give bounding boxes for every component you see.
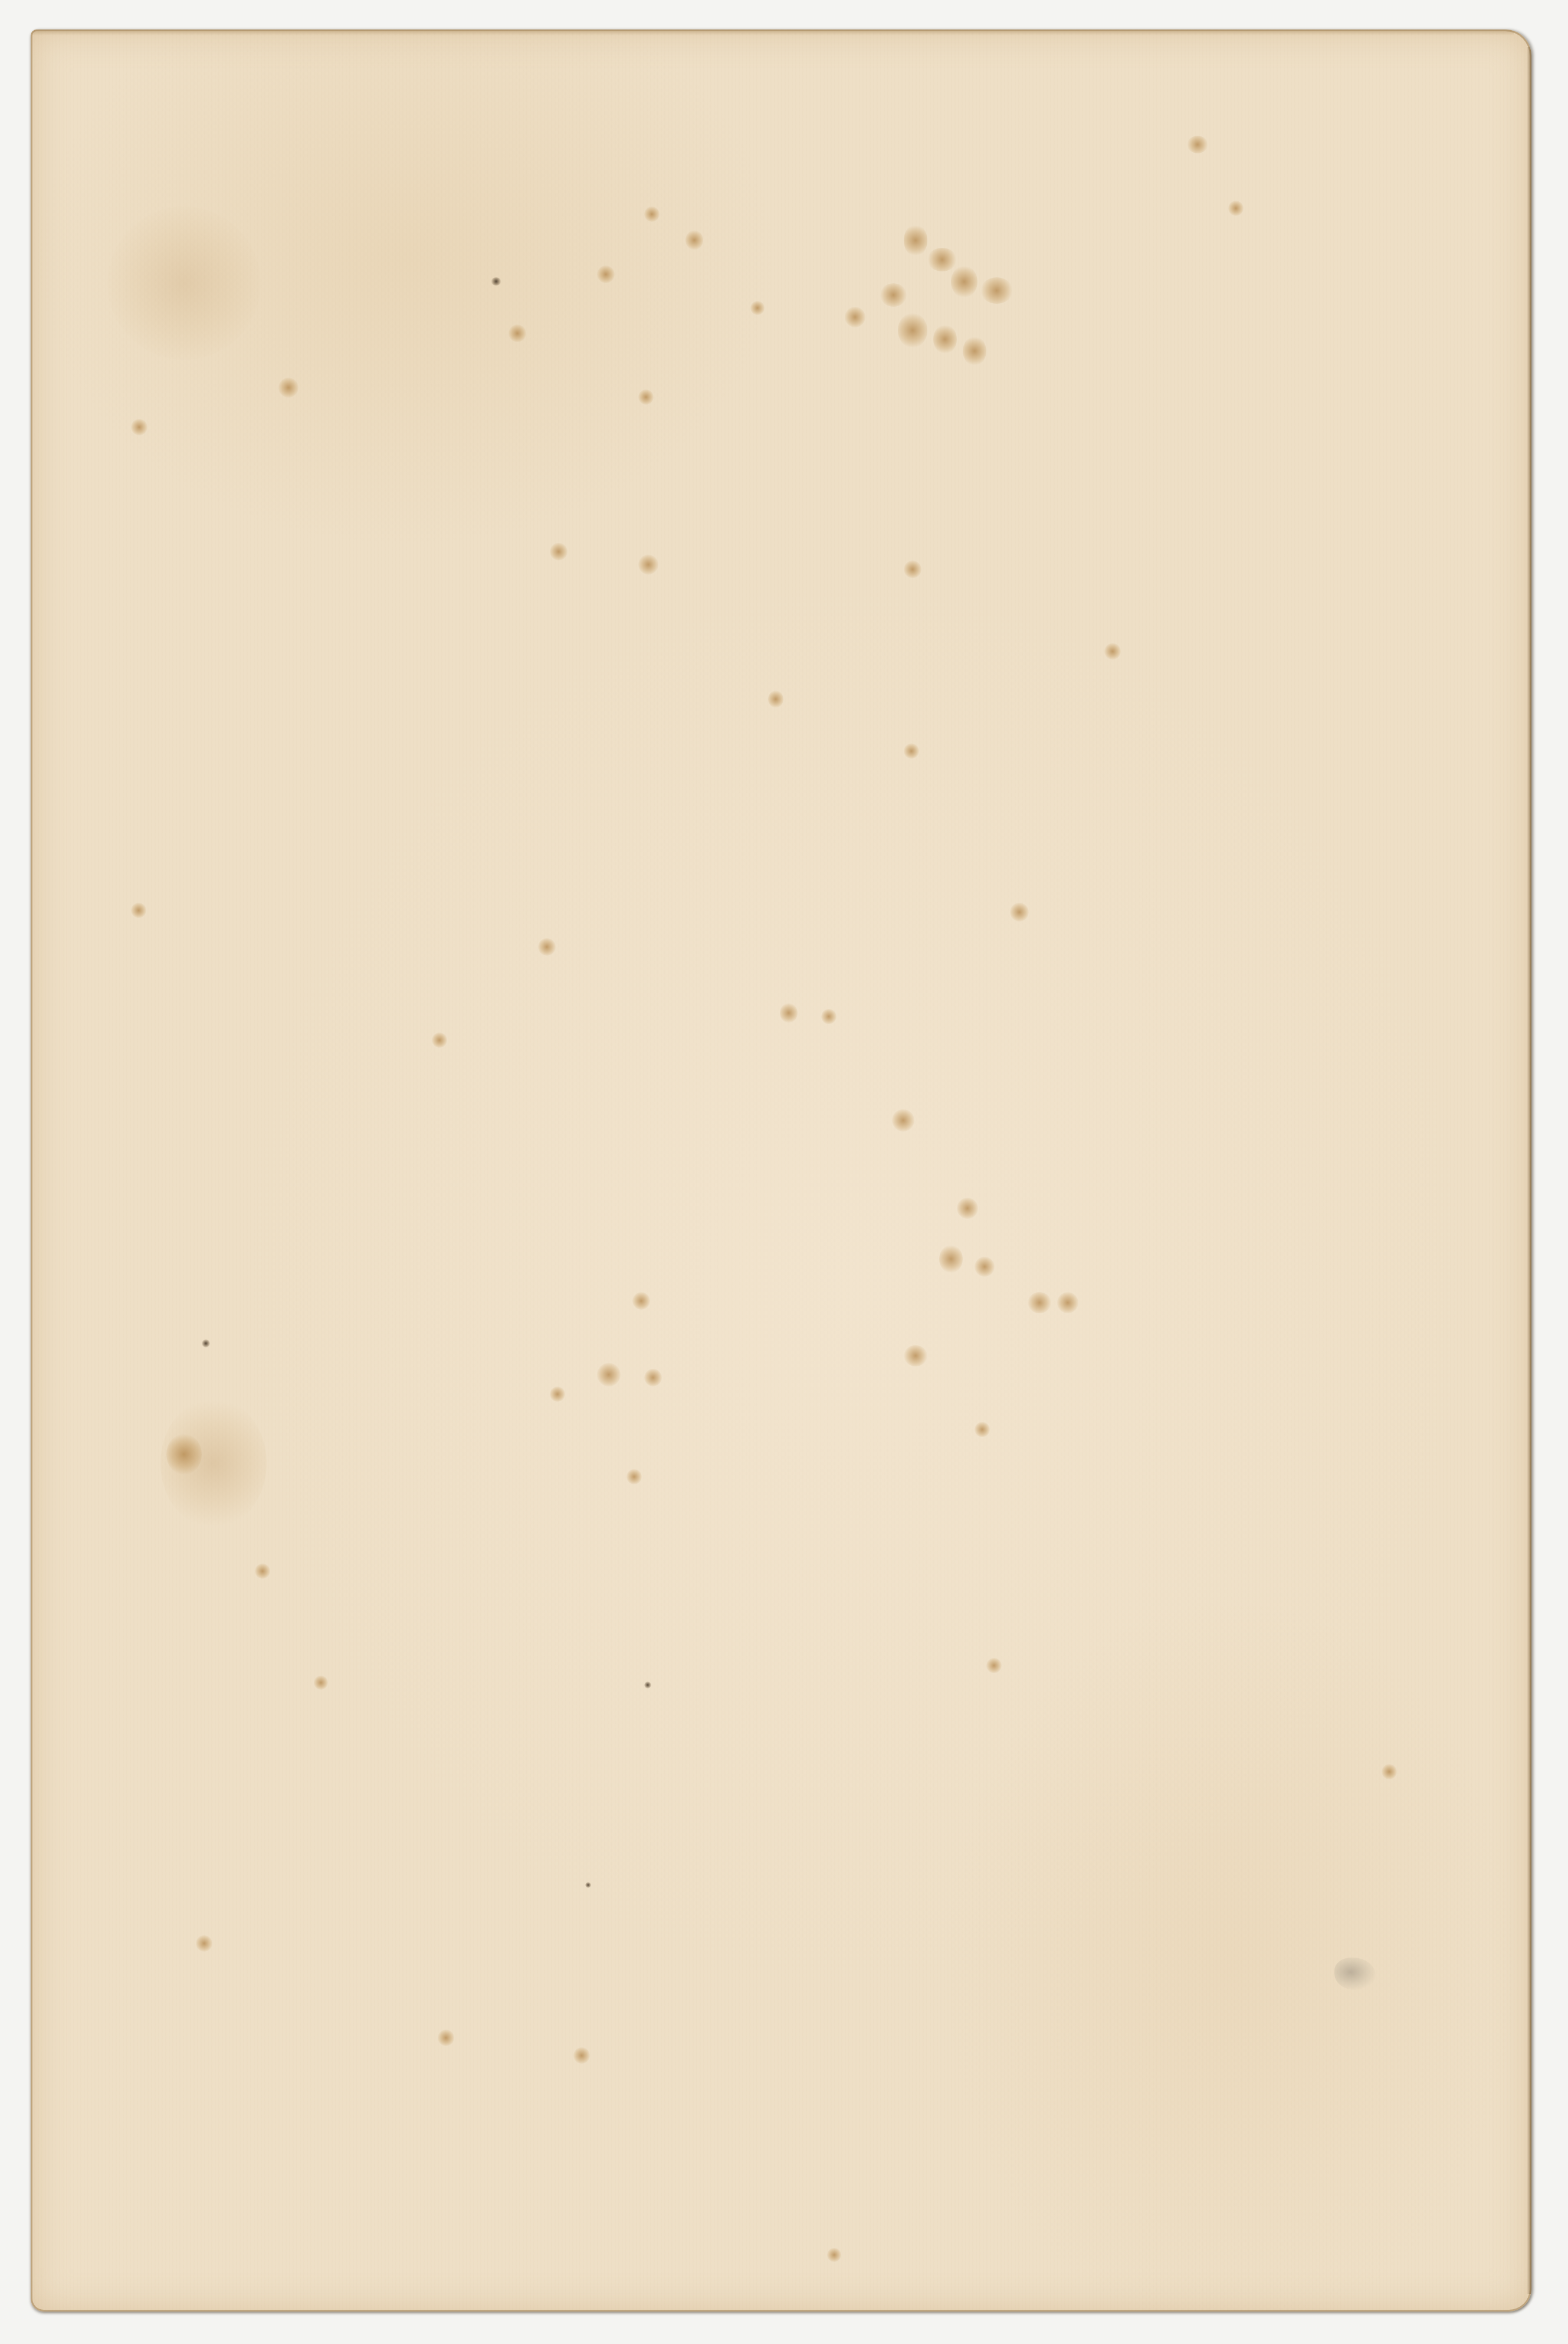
foxing-spot (1187, 136, 1208, 153)
foxing-spot (644, 1681, 651, 1689)
foxing-spot (939, 1245, 963, 1273)
foxing-spot (1382, 1764, 1397, 1779)
foxing-spot (880, 283, 907, 307)
foxing-spot (980, 277, 1013, 304)
foxing-spot (638, 555, 658, 575)
foxing-spot (1104, 643, 1121, 660)
card-top-edge-wear (31, 29, 1514, 35)
foxing-spot (644, 1369, 662, 1386)
foxing-spot (904, 560, 921, 578)
foxing-spot (975, 1422, 990, 1437)
foxing-spot (768, 690, 783, 708)
foxing-spot (550, 543, 568, 560)
foxing-spot (986, 1658, 1002, 1673)
foxing-spot (1028, 1292, 1051, 1313)
foxing-spot (1010, 903, 1029, 922)
foxing-spot (538, 938, 556, 956)
foxing-spot (1057, 1292, 1078, 1313)
foxing-stain (107, 206, 261, 360)
foxing-spot (780, 1003, 798, 1023)
foxing-spot (638, 389, 654, 405)
foxing-stain (160, 1398, 267, 1528)
foxing-spot (957, 1198, 978, 1219)
foxing-spot (632, 1292, 650, 1310)
foxing-spot (827, 2248, 841, 2262)
foxing-spot (278, 378, 298, 398)
foxing-spot (821, 1009, 837, 1024)
foxing-spot (685, 230, 703, 250)
foxing-spot (904, 743, 919, 759)
foxing-spot (904, 1345, 927, 1366)
foxing-spot (845, 307, 865, 327)
foxing-spot (196, 1935, 212, 1952)
foxing-spot (750, 301, 765, 315)
foxing-spot (951, 265, 977, 298)
card-right-edge (1527, 47, 1531, 2294)
foxing-spot (491, 277, 501, 286)
foxing-spot (963, 336, 986, 366)
antique-card-back (31, 29, 1531, 2312)
foxing-spot (202, 1339, 210, 1348)
foxing-spot (933, 324, 957, 354)
foxing-spot (904, 224, 927, 257)
foxing-spot (314, 1676, 328, 1690)
foxing-spot (432, 1032, 447, 1048)
foxing-spot (573, 2047, 590, 2064)
foxing-spot (975, 1257, 995, 1277)
foxing-spot (131, 903, 146, 918)
foxing-spot (585, 1882, 591, 1888)
foxing-spot (597, 265, 615, 283)
foxing-spot (597, 1363, 621, 1386)
foxing-spot (438, 2030, 454, 2046)
foxing-spot (927, 248, 957, 271)
foxing-spot (1228, 201, 1244, 216)
foxing-spot (131, 419, 147, 435)
foxing-spot (644, 206, 660, 222)
foxing-spot (898, 313, 927, 348)
foxing-spot (550, 1386, 565, 1402)
foxing-spot (892, 1109, 914, 1132)
foxing-spot (626, 1469, 642, 1484)
foxing-spot (509, 324, 526, 342)
foxing-spot (255, 1563, 270, 1579)
